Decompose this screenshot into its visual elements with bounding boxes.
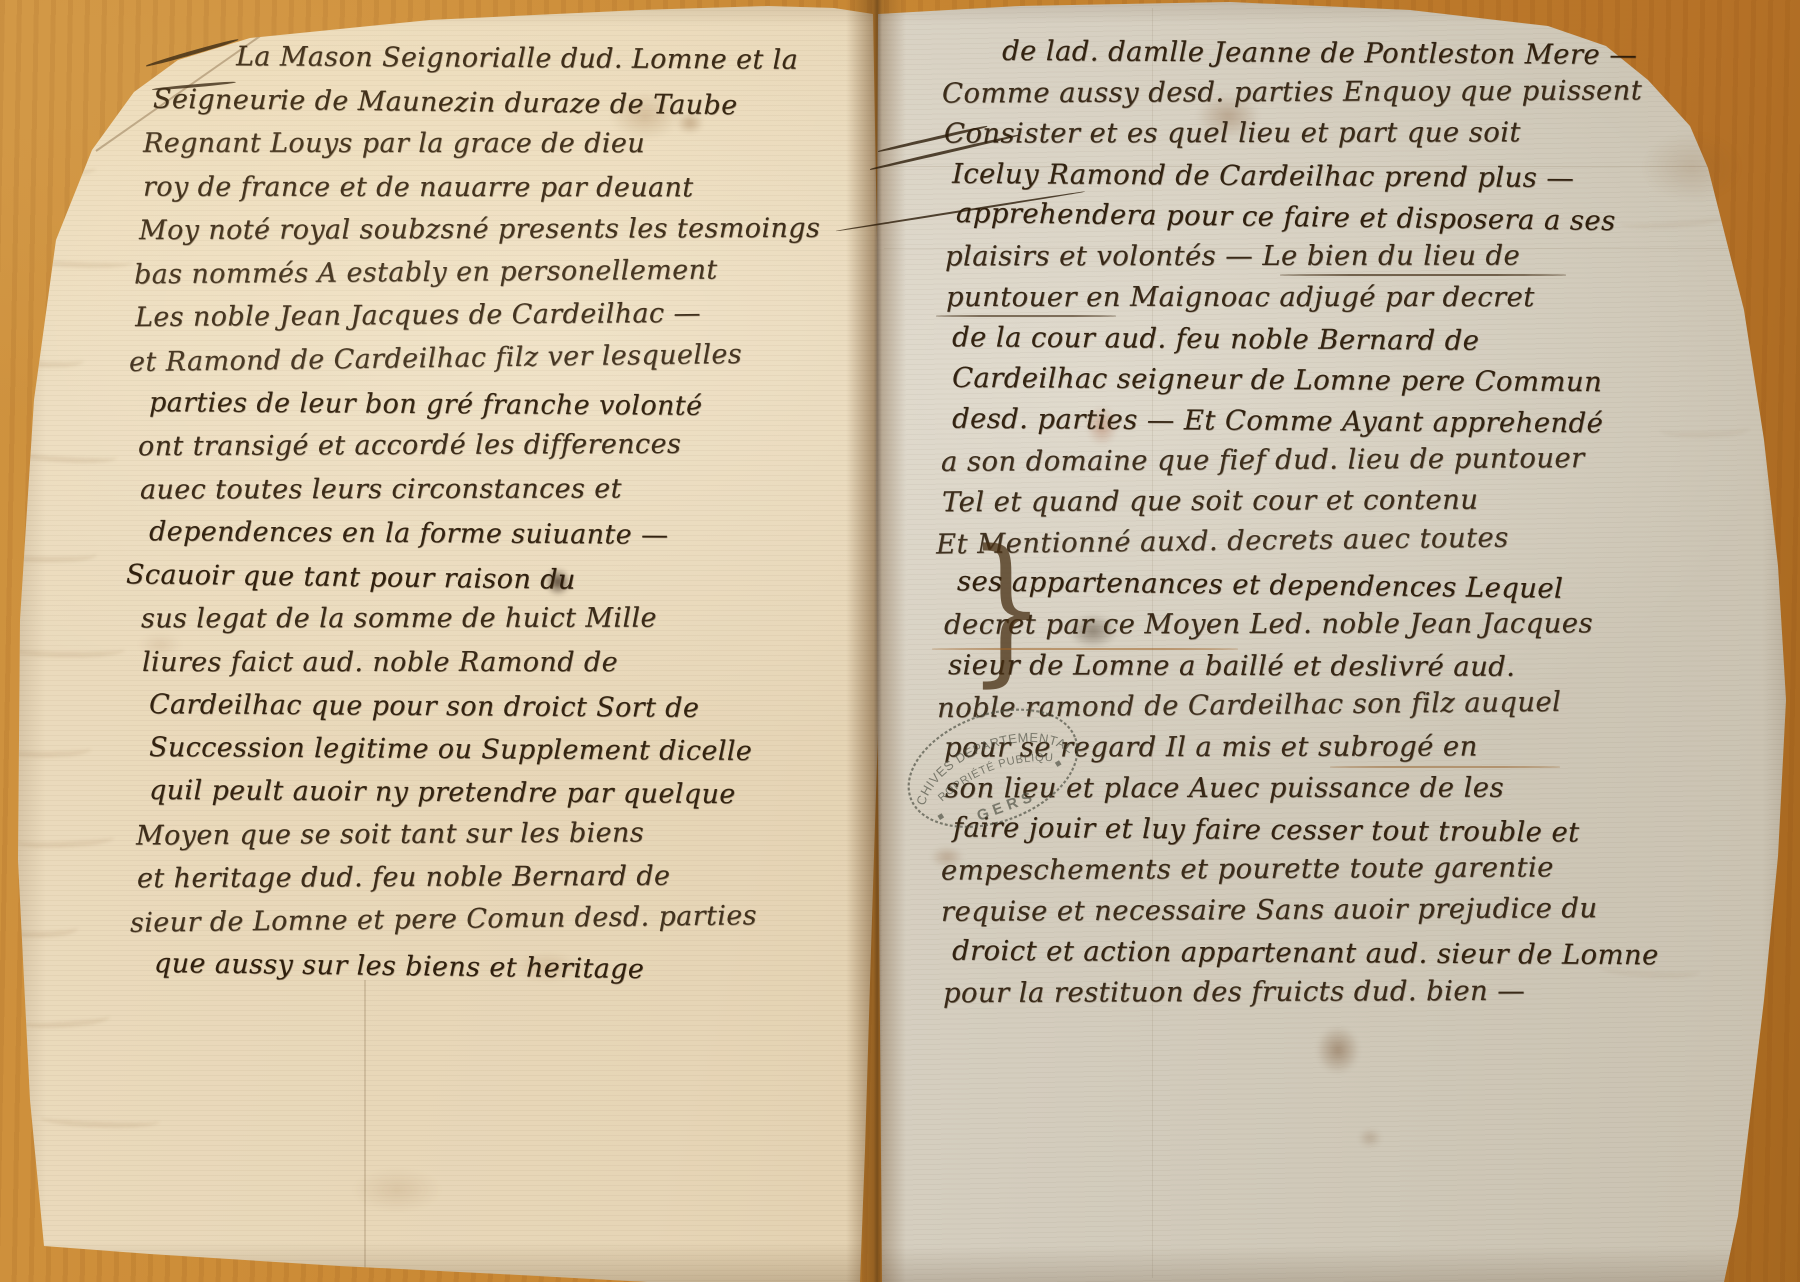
manuscript-line: et heritage dud. feu noble Bernard de	[137, 861, 671, 895]
manuscript-line: empeschements et pourette toute garentie	[941, 852, 1554, 887]
bleed-through-mark	[10, 640, 125, 658]
manuscript-line: Moyen que se soit tant sur les biens	[136, 817, 644, 851]
manuscript-line: sus legat de la somme de huict Mille	[141, 603, 657, 635]
bleed-through-mark	[20, 1007, 111, 1030]
stamp-dot	[1055, 760, 1062, 767]
bleed-through-mark	[1660, 419, 1750, 438]
manuscript-line: La Mason Seignorialle dud. Lomne et la	[236, 41, 798, 76]
manuscript-line: parties de leur bon gré franche volonté	[149, 387, 703, 422]
manuscript-line: droict et action appartenant aud. sieur …	[951, 934, 1658, 971]
manuscript-line: requise et necessaire Sans auoir prejudi…	[941, 892, 1598, 928]
manuscript-line: Consister et es quel lieu et part que so…	[944, 117, 1521, 150]
manuscript-line: puntouer en Maignoac adjugé par decret	[946, 281, 1535, 313]
manuscript-line: Scauoir que tant pour raison du	[126, 559, 576, 595]
vertical-fold-crease	[364, 980, 366, 1282]
manuscript-line: roy de france et de nauarre par deuant	[143, 171, 694, 203]
manuscript-line: bas nommés A estably en personellement	[134, 254, 718, 290]
manuscript-line: a son domaine que fief dud. lieu de punt…	[941, 442, 1585, 478]
manuscript-line: Tel et quand que soit cour et contenu	[942, 484, 1478, 519]
stamp-dot	[937, 813, 944, 820]
manuscript-line: ont transigé et accordé les differences	[138, 429, 681, 462]
photo-of-manuscript: La Mason Seignorialle dud. Lomne et laSe…	[0, 0, 1800, 1282]
manuscript-line: que aussy sur les biens et heritage	[154, 948, 645, 985]
manuscript-line: Cardeilhac seigneur de Lomne pere Commun	[952, 362, 1602, 398]
manuscript-line: Iceluy Ramond de Cardeilhac prend plus —	[952, 158, 1574, 194]
manuscript-line: Les noble Jean Jacques de Cardeilhac —	[134, 298, 700, 333]
manuscript-line: Regnant Louys par la grace de dieu	[143, 128, 645, 159]
bleed-through-mark	[14, 828, 115, 849]
manuscript-line: pour la restituon des fruicts dud. bien …	[942, 975, 1524, 1009]
manuscript-line: Seigneurie de Maunezin duraze de Taube	[153, 84, 738, 121]
manuscript-line: de lad. damlle Jeanne de Pontleston Mere…	[1002, 35, 1637, 71]
manuscript-line: auec toutes leurs circonstances et	[140, 473, 622, 505]
manuscript-line: dependences en la forme suiuante —	[149, 516, 669, 551]
manuscript-line: de la cour aud. feu noble Bernard de	[952, 321, 1480, 357]
manuscript-line: quil peult auoir ny pretendre par quelqu…	[149, 775, 736, 810]
manuscript-line: liures faict aud. noble Ramond de	[142, 647, 618, 678]
manuscript-line: desd. parties — Et Comme Ayant apprehend…	[952, 403, 1603, 440]
bleed-through-mark	[40, 1108, 160, 1129]
manuscript-line: Cardeilhac que pour son droict Sort de	[149, 689, 700, 724]
manuscript-line: plaisirs et volontés — Le bien du lieu d…	[945, 240, 1520, 273]
margin-brace-mark: }	[968, 516, 1045, 702]
manuscript-line: Comme aussy desd. parties Enquoy que pui…	[942, 75, 1642, 110]
manuscript-line: Moy noté royal soubzsné presents les tes…	[139, 213, 820, 246]
bleed-through-mark	[1620, 206, 1731, 231]
manuscript-line: Succession legitime ou Supplement dicell…	[149, 732, 752, 767]
